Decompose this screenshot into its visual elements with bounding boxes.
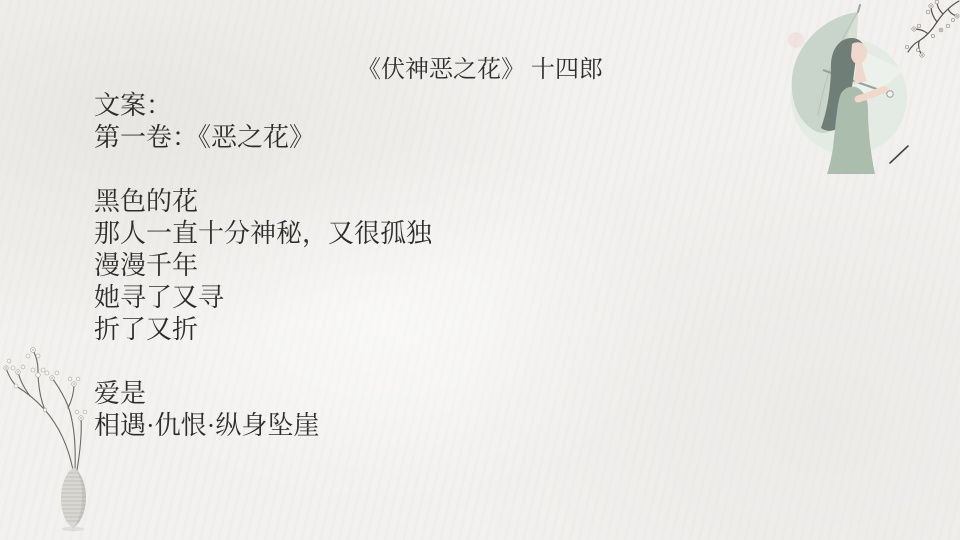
text-line: 折了又折: [94, 314, 432, 346]
text-line: 黑色的花: [94, 186, 432, 218]
pink-blossom-smudge: [788, 32, 804, 48]
text-line-volume: 第一卷：《恶之花》: [94, 122, 432, 154]
text-line: 那人一直十分神秘，又很孤独: [94, 218, 432, 250]
vase-body: [58, 468, 90, 528]
text-line: 她寻了又寻: [94, 282, 432, 314]
text-line-label: 文案：: [94, 90, 432, 122]
novel-intro-page: 《伏神恶之花》 十四郎 文案： 第一卷：《恶之花》 黑色的花 那人一直十分神秘，…: [0, 0, 960, 540]
text-line: 爱是: [94, 378, 432, 410]
plum-branch-decoration: [903, 0, 960, 62]
girl-umbrella-illustration: [778, 0, 920, 182]
synopsis-text: 文案： 第一卷：《恶之花》 黑色的花 那人一直十分神秘，又很孤独 漫漫千年 她寻…: [94, 90, 432, 442]
pen-stroke-mark: [890, 146, 908, 163]
page-title: 《伏神恶之花》 十四郎: [0, 55, 960, 85]
text-line: 漫漫千年: [94, 250, 432, 282]
umbrella-handle-tip: [887, 91, 893, 97]
text-line-blank-1: [94, 154, 432, 186]
text-line: 相遇·仇恨·纵身坠崖: [94, 410, 432, 442]
text-line-blank-2: [94, 346, 432, 378]
